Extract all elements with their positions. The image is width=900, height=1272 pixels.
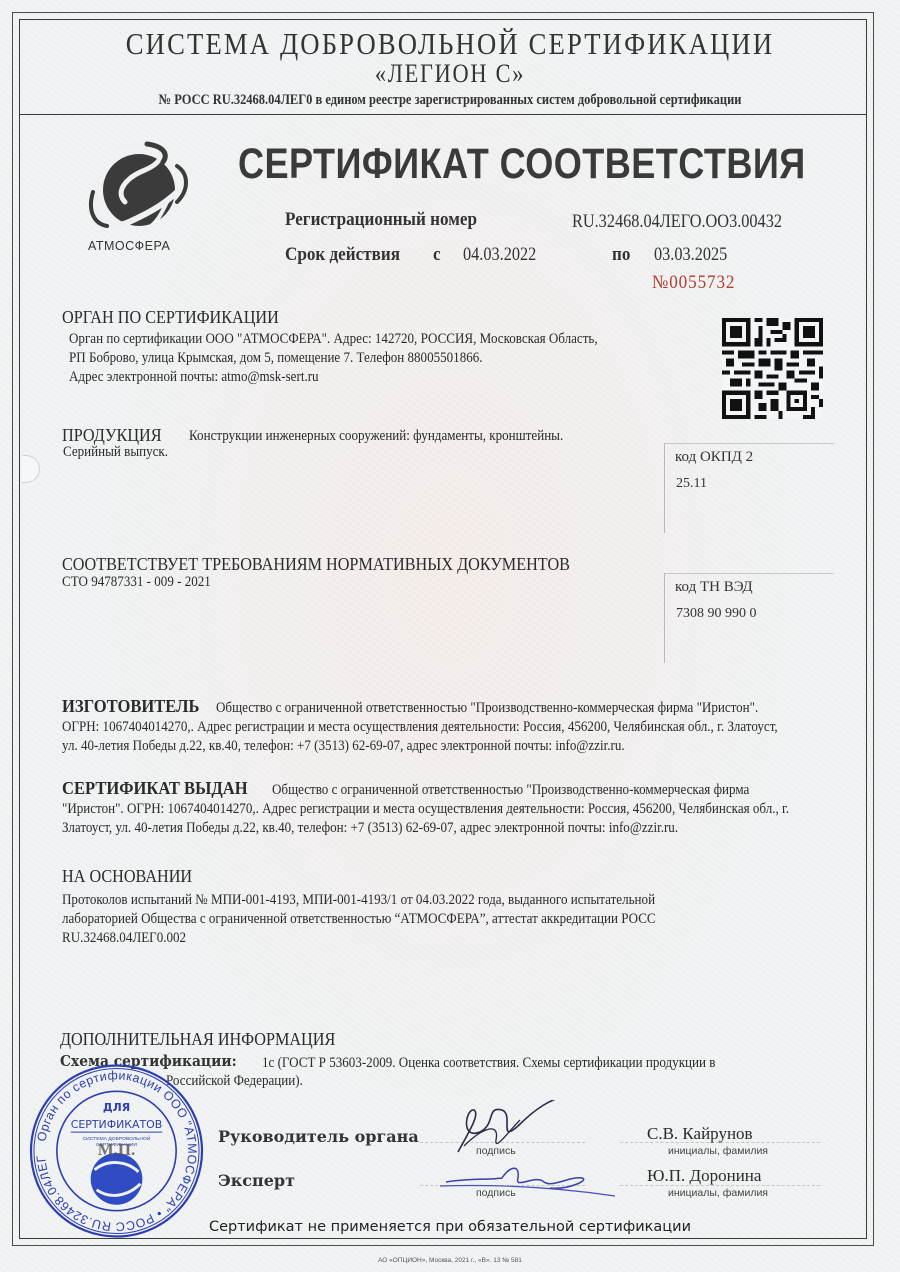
scheme-text: 1с (ГОСТ Р 53603-2009. Оценка соответств… [262, 1054, 715, 1073]
certification-body-line-2: РП Боброво, улица Крымская, дом 5, помещ… [69, 349, 483, 368]
system-title: СИСТЕМА ДОБРОВОЛЬНОЙ СЕРТИФИКАЦИИ [63, 26, 837, 62]
valid-from-date: 04.03.2022 [463, 245, 536, 266]
manufacturer-line-1: Общество с ограниченной ответственностью… [216, 699, 758, 718]
tnved-code-box: код ТН ВЭД 7308 90 990 0 [664, 573, 834, 663]
product-release-type: Серийный выпуск. [63, 443, 168, 462]
system-name: «ЛЕГИОН С» [63, 59, 837, 89]
tnved-label: код ТН ВЭД [675, 579, 753, 596]
issued-to-line-2: "Иристон". ОГРН: 1067404014270,. Адрес р… [62, 800, 789, 819]
svg-text:М.П.: М.П. [98, 1140, 136, 1159]
validity-label: Срок действия [285, 244, 400, 266]
svg-text:СЕРТИФИКАТОВ: СЕРТИФИКАТОВ [71, 1118, 163, 1131]
expert-label: Эксперт [218, 1171, 295, 1190]
certification-body-line-1: Орган по сертификации ООО "АТМОСФЕРА". А… [69, 330, 598, 349]
issued-to-line-1: Общество с ограниченной ответственностью… [272, 781, 749, 800]
disclaimer-text: Сертификат не применяется при обязательн… [0, 1219, 900, 1235]
issued-to-heading: СЕРТИФИКАТ ВЫДАН [62, 778, 248, 799]
tnved-value: 7308 90 990 0 [676, 606, 757, 622]
qr-code-icon[interactable] [722, 318, 823, 419]
svg-text:ДЛЯ: ДЛЯ [103, 1101, 130, 1114]
globe-swoosh-logo-icon [85, 140, 195, 245]
certification-body-email: Адрес электронной почты: atmo@msk-sert.r… [69, 368, 319, 387]
header-divider [19, 114, 867, 115]
okpd-code-box: код ОКПД 2 25.11 [664, 443, 834, 533]
head-signature-caption: подпись [476, 1145, 516, 1157]
valid-from-label: с [433, 244, 441, 266]
basis-heading: НА ОСНОВАНИИ [62, 866, 192, 887]
manufacturer-heading: ИЗГОТОВИТЕЛЬ [62, 696, 199, 717]
head-name-caption: инициалы, фамилия [668, 1145, 768, 1157]
certification-body-heading: ОРГАН ПО СЕРТИФИКАЦИИ [62, 307, 279, 328]
basis-line-1: Протоколов испытаний № МПИ-001-4193, МПИ… [62, 891, 655, 910]
logo-text: АТМОСФЕРА [88, 239, 170, 253]
product-description: Конструкции инженерных сооружений: фунда… [189, 427, 563, 446]
head-name: С.В. Кайрунов [647, 1124, 753, 1144]
valid-to-label: по [612, 244, 630, 266]
expert-signature-icon [440, 1160, 620, 1200]
basis-line-3: RU.32468.04ЛЕГ0.002 [62, 929, 186, 948]
expert-name: Ю.П. Доронина [647, 1166, 761, 1186]
expert-name-caption: инициалы, фамилия [668, 1187, 768, 1199]
conformity-heading: СООТВЕТСТВУЕТ ТРЕБОВАНИЯМ НОРМАТИВНЫХ ДО… [62, 554, 570, 575]
manufacturer-line-2: ОГРН: 1067404014270,. Адрес регистрации … [62, 718, 778, 737]
printer-imprint: АО «ОПЦИОН», Москва, 2021 г., «В». 13 № … [0, 1257, 900, 1264]
serial-number: №0055732 [652, 272, 735, 294]
normative-document: СТО 94787331 - 009 - 2021 [62, 573, 211, 592]
basis-line-2: лабораторией Общества с ограниченной отв… [62, 910, 656, 929]
okpd-label: код ОКПД 2 [675, 449, 753, 466]
certificate-title: СЕРТИФИКАТ СООТВЕТСТВИЯ [238, 140, 806, 189]
reg-number-label: Регистрационный номер [285, 209, 477, 231]
reg-number-value: RU.32468.04ЛЕГО.ОО3.00432 [572, 212, 782, 233]
additional-info-heading: ДОПОЛНИТЕЛЬНАЯ ИНФОРМАЦИЯ [60, 1029, 335, 1050]
expert-signature-caption: подпись [476, 1187, 516, 1199]
official-seal-stamp-icon: Орган по сертификации ООО "АТМОСФЕРА" • … [29, 1062, 204, 1240]
okpd-value: 25.11 [676, 476, 707, 492]
valid-to-date: 03.03.2025 [654, 245, 727, 266]
manufacturer-line-3: ул. 40-летия Победы д.22, кв.40, телефон… [62, 737, 625, 756]
issued-to-line-3: Златоуст, ул. 40-летия Победы д.22, кв.4… [62, 819, 678, 838]
registry-line: № РОСС RU.32468.04ЛЕГ0 в едином реестре … [63, 92, 837, 109]
head-of-body-label: Руководитель органа [218, 1127, 419, 1146]
